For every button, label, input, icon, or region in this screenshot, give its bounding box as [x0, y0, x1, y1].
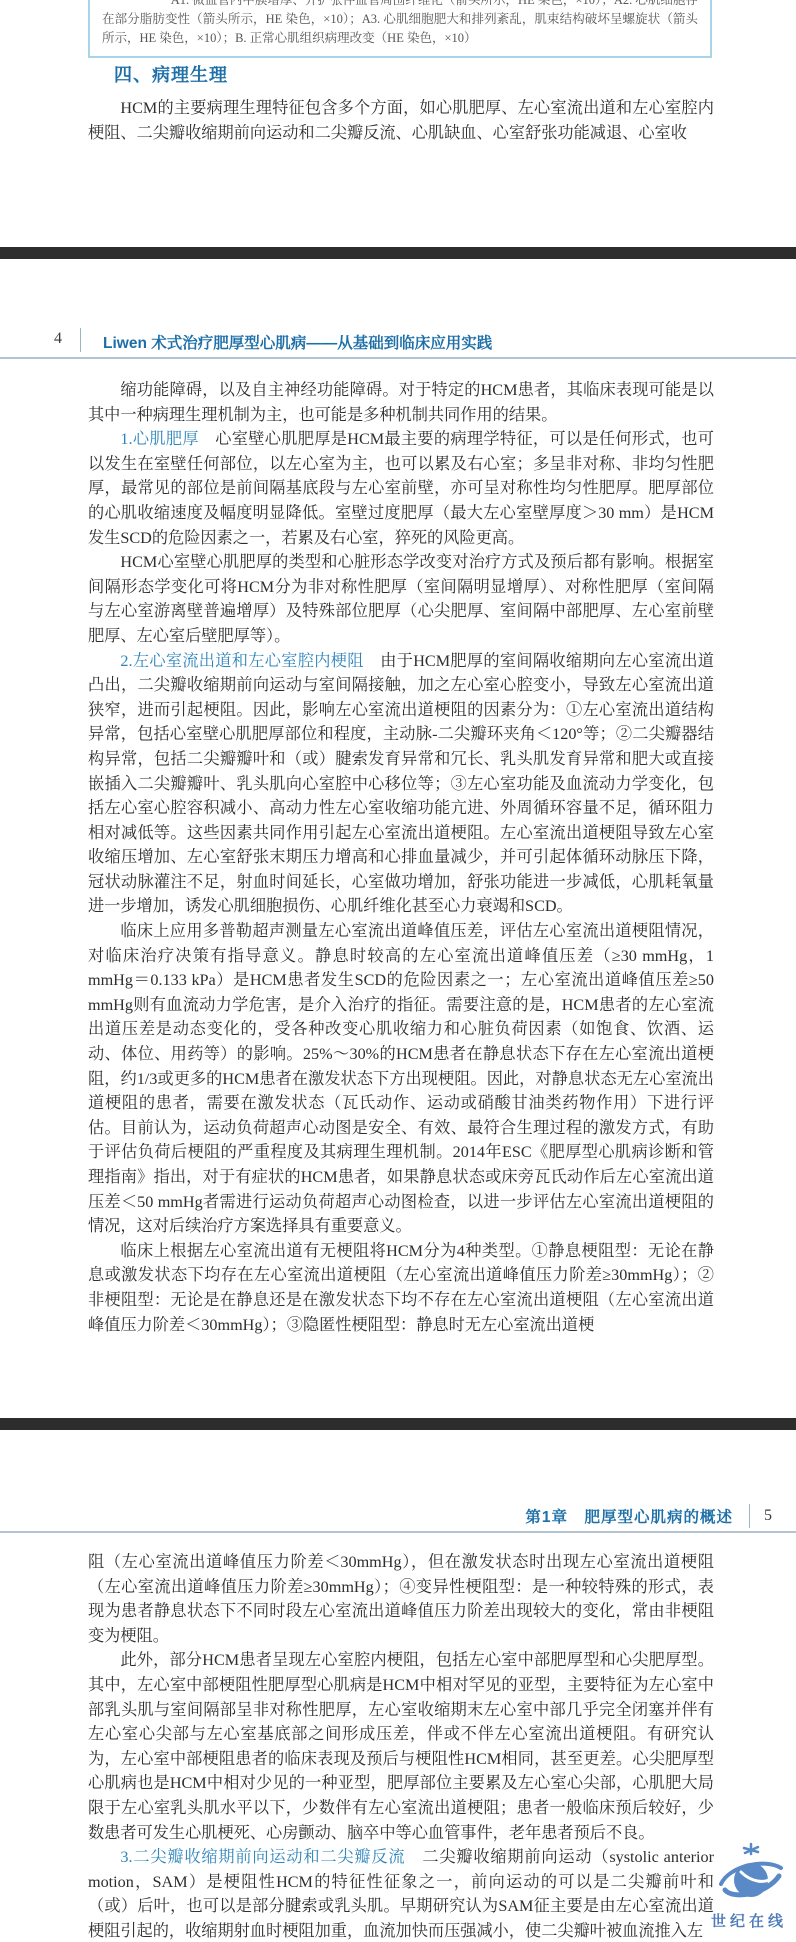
page-4-running-header: 4 Liwen 术式治疗肥厚型心肌病——从基础到临床应用实践 [0, 326, 796, 359]
body-paragraph: 3.二尖瓣收缩期前向运动和二尖瓣反流 二尖瓣收缩期前向运动（systolic a… [88, 1845, 714, 1942]
page-number: 5 [764, 1507, 772, 1525]
subsection-lead: 1.心肌肥厚 [120, 430, 198, 448]
running-title: Liwen 术式治疗肥厚型心肌病——从基础到临床应用实践 [103, 331, 492, 353]
globe-logo-icon [711, 1842, 787, 1908]
header-divider-line [80, 328, 81, 352]
body-paragraph: 2.左心室流出道和左心室腔内梗阻 由于HCM肥厚的室间隔收缩期向左心室流出道凸出… [88, 649, 714, 920]
page-3-bottom: A1. 微血管内中膜增厚、并扩张伴血管周围纤维化（箭头所示，HE 染色，×10）… [0, 0, 796, 247]
body-paragraph: HCM心室壁心肌肥厚的类型和心脏形态学改变对治疗方式及预后都有影响。根据室间隔形… [88, 550, 714, 648]
body-paragraph: HCM的主要病理生理特征包含多个方面，如心肌肥厚、左心室流出道和左心室腔内梗阻、… [88, 96, 714, 146]
subsection-lead: 2.左心室流出道和左心室腔内梗阻 [120, 652, 363, 670]
page-4: 4 Liwen 术式治疗肥厚型心肌病——从基础到临床应用实践 缩功能障碍，以及自… [0, 259, 796, 1418]
page-5-body: 阻（左心室流出道峰值压力阶差＜30mmHg），但在激发状态时出现左心室流出道梗阻… [88, 1550, 714, 1942]
page-gap-divider [0, 247, 796, 259]
figure-caption: A1. 微血管内中膜增厚、并扩张伴血管周围纤维化（箭头所示，HE 染色，×10）… [102, 0, 698, 48]
page-5-running-header: 第1章 肥厚型心肌病的概述 5 [0, 1498, 796, 1533]
page-number: 4 [54, 330, 62, 348]
page-gap-divider [0, 1418, 796, 1430]
chapter-title: 第1章 肥厚型心肌病的概述 [525, 1505, 733, 1527]
body-paragraph: 阻（左心室流出道峰值压力阶差＜30mmHg），但在激发状态时出现左心室流出道梗阻… [88, 1550, 714, 1648]
body-paragraph: 缩功能障碍，以及自主神经功能障碍。对于特定的HCM患者，其临床表现可能是以其中一… [88, 378, 714, 427]
body-paragraph: 此外，部分HCM患者呈现左心室腔内梗阻，包括左心室中部肥厚型和心尖肥厚型。其中，… [88, 1648, 714, 1845]
header-divider-line [749, 1504, 750, 1528]
body-paragraph: 临床上应用多普勒超声测量左心室流出道峰值压差，评估左心室流出道梗阻情况，对临床治… [88, 919, 714, 1239]
body-paragraph: 1.心肌肥厚 心室壁心肌肥厚是HCM最主要的病理学特征，可以是任何形式，也可以发… [88, 427, 714, 550]
running-header-content: 第1章 肥厚型心肌病的概述 5 [525, 1504, 772, 1528]
figure-caption-box: A1. 微血管内中膜增厚、并扩张伴血管周围纤维化（箭头所示，HE 染色，×10）… [88, 0, 712, 58]
watermark-text: 世纪在线 [702, 1910, 796, 1931]
subsection-lead: 3.二尖瓣收缩期前向运动和二尖瓣反流 [120, 1848, 405, 1866]
watermark: 世纪在线 [702, 1842, 796, 1931]
page-4-body: 缩功能障碍，以及自主神经功能障碍。对于特定的HCM患者，其临床表现可能是以其中一… [88, 378, 714, 1337]
section-heading: 四、病理生理 [114, 61, 228, 87]
page-5: 第1章 肥厚型心肌病的概述 5 阻（左心室流出道峰值压力阶差＜30mmHg），但… [0, 1430, 796, 1942]
body-paragraph: 临床上根据左心室流出道有无梗阻将HCM分为4种类型。①静息梗阻型：无论在静息或激… [88, 1239, 714, 1337]
